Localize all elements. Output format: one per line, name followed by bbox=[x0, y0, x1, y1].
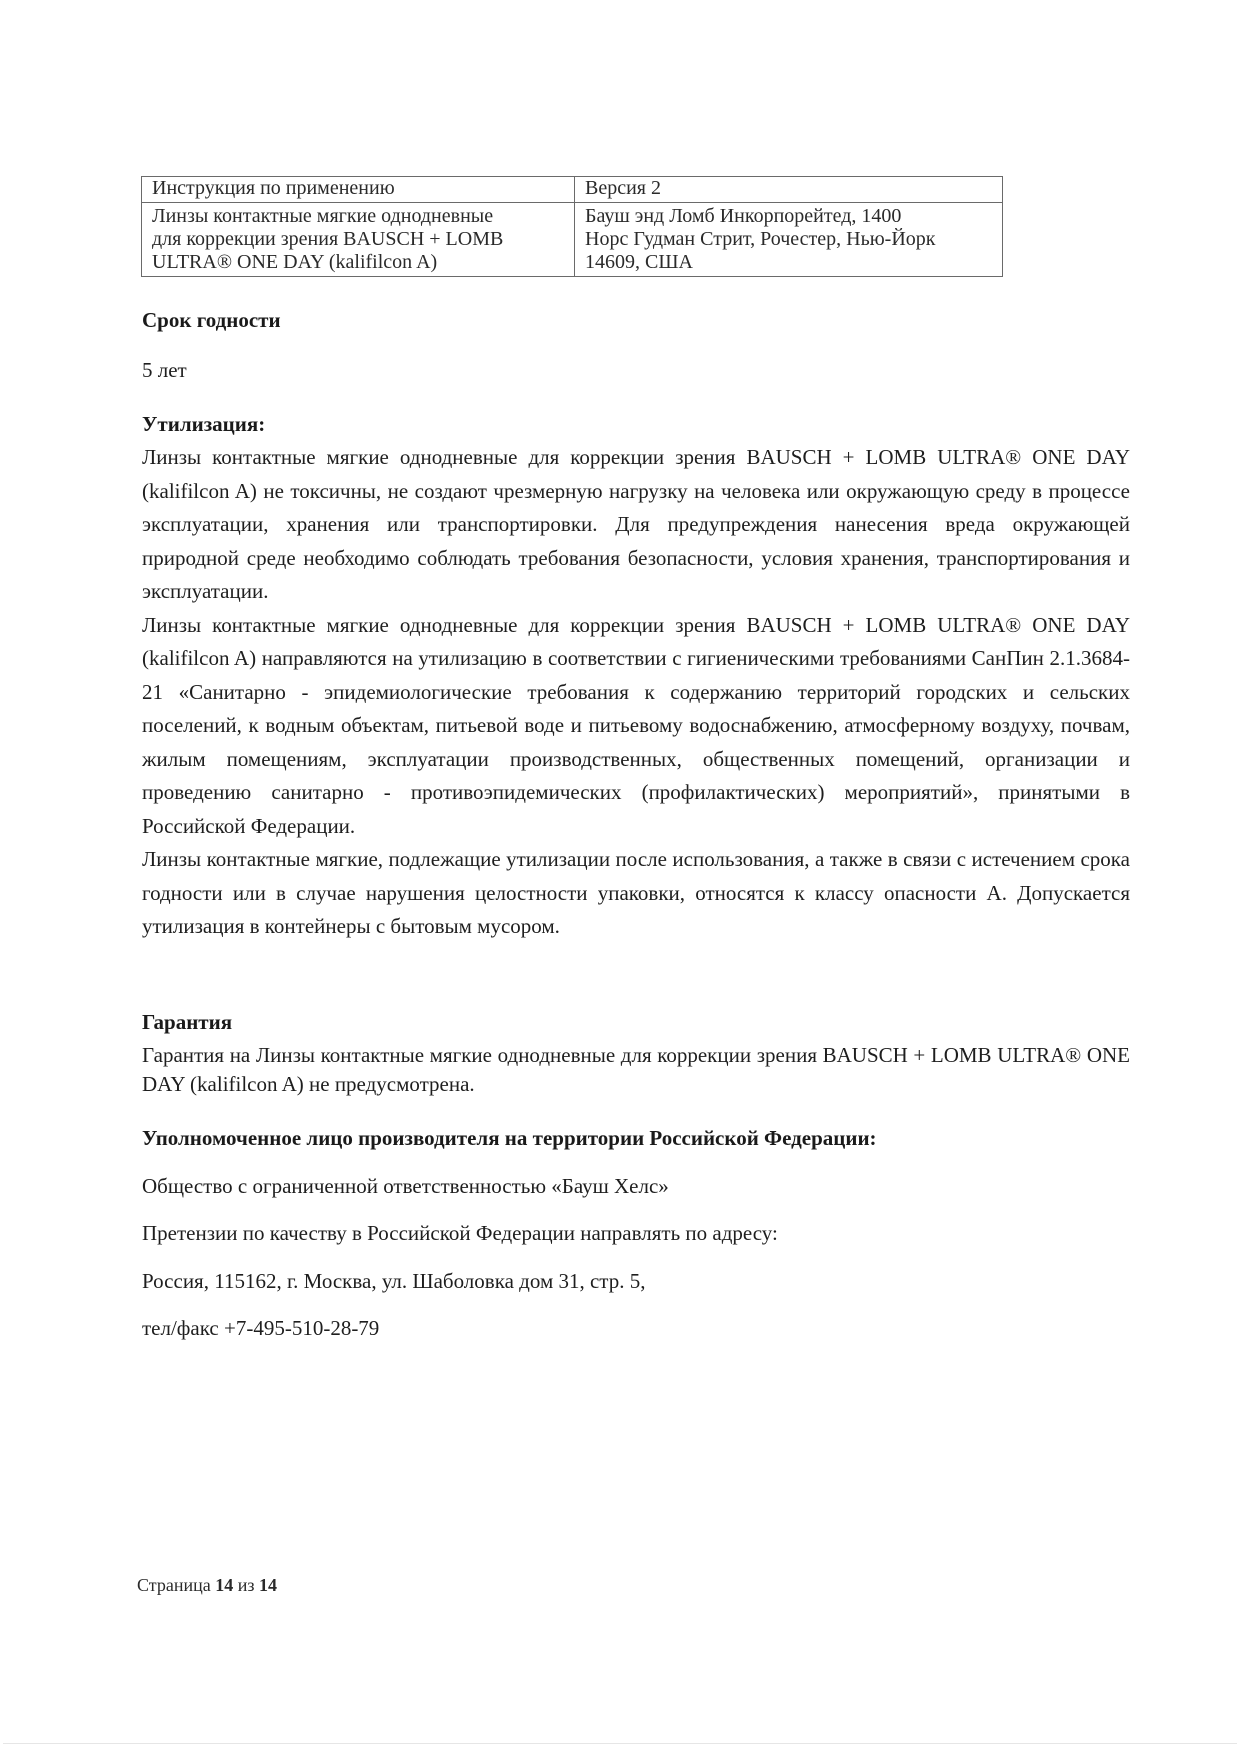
disposal-paragraph: Линзы контактные мягкие однодневные для … bbox=[142, 441, 1130, 609]
disposal-paragraph: Линзы контактные мягкие однодневные для … bbox=[142, 609, 1130, 844]
header-product-name: Линзы контактные мягкие однодневные для … bbox=[142, 203, 575, 277]
of-label: из bbox=[238, 1575, 255, 1595]
header-doc-type: Инструкция по применению bbox=[142, 177, 575, 203]
disposal-section: Линзы контактные мягкие однодневные для … bbox=[142, 441, 1130, 944]
warranty-text: Гарантия на Линзы контактные мягкие одно… bbox=[142, 1041, 1130, 1099]
document-header-table: Инструкция по применению Версия 2 Линзы … bbox=[141, 176, 1003, 277]
scan-edge-line bbox=[3, 1743, 1237, 1744]
header-version: Версия 2 bbox=[575, 177, 1003, 203]
header-row-title: Инструкция по применению Версия 2 bbox=[142, 177, 1003, 203]
claims-instruction: Претензии по качеству в Российской Федер… bbox=[142, 1219, 1130, 1247]
manufacturer-line: 14609, США bbox=[585, 251, 992, 274]
current-page-number: 14 bbox=[215, 1575, 233, 1595]
product-name-line: ULTRA® ONE DAY (kalifilcon A) bbox=[152, 251, 564, 274]
manufacturer-line: Норс Гудман Стрит, Рочестер, Нью-Йорк bbox=[585, 228, 992, 251]
shelf-life-value: 5 лет bbox=[142, 356, 1130, 384]
page-number-footer: Страница 14 из 14 bbox=[137, 1575, 277, 1596]
disposal-heading: Утилизация: bbox=[142, 410, 1130, 438]
product-name-line: для коррекции зрения BAUSCH + LOMB bbox=[152, 228, 564, 251]
representative-company: Общество с ограниченной ответственностью… bbox=[142, 1172, 1130, 1200]
claims-address: Россия, 115162, г. Москва, ул. Шаболовка… bbox=[142, 1267, 1130, 1295]
total-pages-number: 14 bbox=[259, 1575, 277, 1595]
shelf-life-heading: Срок годности bbox=[142, 306, 1130, 334]
page-label: Страница bbox=[137, 1575, 211, 1595]
warranty-heading: Гарантия bbox=[142, 1008, 1130, 1036]
representative-heading: Уполномоченное лицо производителя на тер… bbox=[142, 1124, 1130, 1152]
header-row-product: Линзы контактные мягкие однодневные для … bbox=[142, 203, 1003, 277]
disposal-paragraph: Линзы контактные мягкие, подлежащие утил… bbox=[142, 843, 1130, 944]
product-name-line: Линзы контактные мягкие однодневные bbox=[152, 205, 564, 228]
header-manufacturer-address: Бауш энд Ломб Инкорпорейтед, 1400 Норс Г… bbox=[575, 203, 1003, 277]
document-page: Инструкция по применению Версия 2 Линзы … bbox=[0, 0, 1240, 1754]
manufacturer-line: Бауш энд Ломб Инкорпорейтед, 1400 bbox=[585, 205, 992, 228]
claims-phone: тел/факс +7-495-510-28-79 bbox=[142, 1314, 1130, 1342]
